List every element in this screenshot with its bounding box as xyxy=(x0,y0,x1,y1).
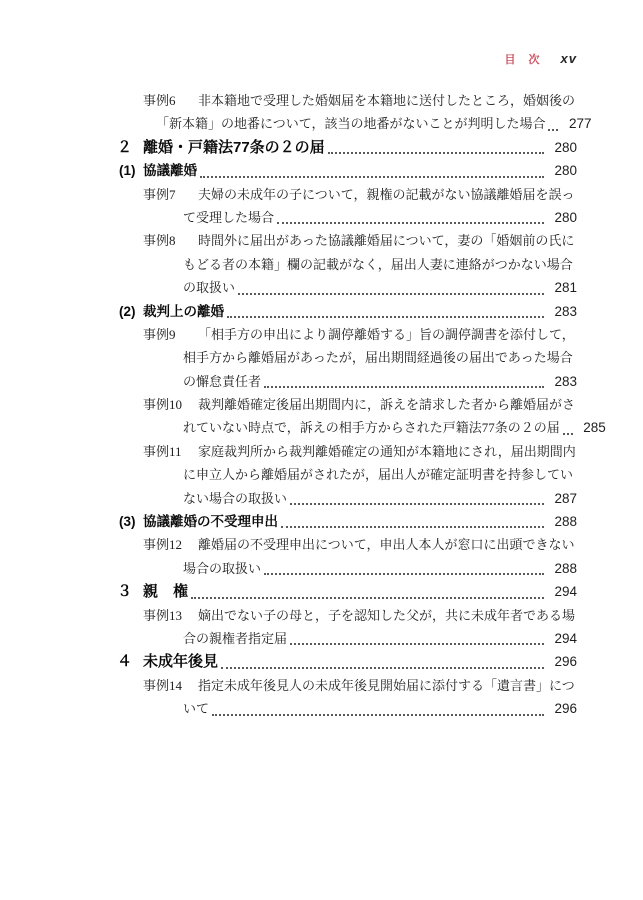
dot-leader xyxy=(200,176,544,178)
toc-continuation-line: れていない時点で，訴えの相手方からされた戸籍法77条の２の届 285 xyxy=(0,416,577,439)
entry-page-number: 294 xyxy=(547,580,577,603)
dot-leader xyxy=(227,316,544,318)
dot-leader xyxy=(328,152,544,154)
dot-leader xyxy=(264,386,544,388)
entry-label: (2) xyxy=(119,300,143,323)
entry-text: れていない時点で，訴えの相手方からされた戸籍法77条の２の届 xyxy=(183,416,560,439)
entry-text: 非本籍地で受理した婚姻届を本籍地に送付したところ，婚姻後の xyxy=(198,89,575,112)
toc-section-heading: ３ 親 権 294 xyxy=(0,580,577,603)
toc-continuation-line: て受理した場合 280 xyxy=(0,206,577,229)
toc-continuation-line: 合の親権者指定届 294 xyxy=(0,627,577,650)
entry-text: いて xyxy=(183,697,209,720)
toc-section-heading: ４ 未成年後見 296 xyxy=(0,650,577,673)
entry-text: もどる者の本籍」欄の記載がなく，届出人妻に連絡がつかない場合 xyxy=(183,253,573,276)
entry-label: 事例11 xyxy=(143,440,198,463)
toc-continuation-line: に申立人から離婚届がされたが，届出人が確定証明書を持参してい xyxy=(0,463,577,486)
toc-continuation-line: いて 296 xyxy=(0,697,577,720)
entry-text: 親 権 xyxy=(143,580,188,603)
entry-page-number: 280 xyxy=(547,136,577,159)
entry-page-number: 285 xyxy=(576,416,606,439)
entry-text: 時間外に届出があった協議離婚届について，妻の「婚姻前の氏に xyxy=(198,229,574,252)
entry-page-number: 280 xyxy=(547,159,577,182)
toc-case-line: 事例7 夫婦の未成年の子について，親権の記載がない協議離婚届を誤っ xyxy=(0,183,577,206)
toc-sub-heading: (2) 裁判上の離婚 283 xyxy=(0,300,577,323)
entry-text: 合の親権者指定届 xyxy=(183,627,287,650)
entry-text: に申立人から離婚届がされたが，届出人が確定証明書を持参してい xyxy=(183,463,573,486)
entry-label: ４ xyxy=(117,650,143,673)
entry-text: 離婚届の不受理申出について，申出人本人が窓口に出頭できない xyxy=(198,533,574,556)
toc-case-line: 事例8 時間外に届出があった協議離婚届について，妻の「婚姻前の氏に xyxy=(0,229,577,252)
entry-label: 事例14 xyxy=(143,674,198,697)
toc-sub-heading: (3) 協議離婚の不受理申出 288 xyxy=(0,510,577,533)
entry-label: ３ xyxy=(117,580,143,603)
toc-continuation-line: の懈怠責任者 283 xyxy=(0,370,577,393)
dot-leader xyxy=(290,643,544,645)
entry-page-number: 281 xyxy=(547,276,577,299)
entry-page-number: 294 xyxy=(547,627,577,650)
entry-label: (3) xyxy=(119,510,143,533)
entry-text: 未成年後見 xyxy=(143,650,218,673)
table-of-contents: 事例6 非本籍地で受理した婚姻届を本籍地に送付したところ，婚姻後の 「新本籍」の… xyxy=(0,89,577,721)
toc-section-heading: ２ 離婚・戸籍法77条の２の届 280 xyxy=(0,136,577,159)
dot-leader xyxy=(264,573,544,575)
entry-page-number: 283 xyxy=(547,300,577,323)
toc-continuation-line: 相手方から離婚届があったが，届出期間経過後の届出であった場合 xyxy=(0,346,577,369)
toc-case-line: 事例6 非本籍地で受理した婚姻届を本籍地に送付したところ，婚姻後の xyxy=(0,89,577,112)
toc-heading-label: 目 次 xyxy=(505,51,541,67)
entry-page-number: 287 xyxy=(547,487,577,510)
book-page: 目 次 xv 事例6 非本籍地で受理した婚姻届を本籍地に送付したところ，婚姻後の… xyxy=(0,0,643,900)
entry-page-number: 296 xyxy=(547,650,577,673)
toc-case-line: 事例11 家庭裁判所から裁判離婚確定の通知が本籍地にされ，届出期間内 xyxy=(0,440,577,463)
toc-sub-heading: (1) 協議離婚 280 xyxy=(0,159,577,182)
entry-page-number: 296 xyxy=(547,697,577,720)
entry-text: 夫婦の未成年の子について，親権の記載がない協議離婚届を誤っ xyxy=(198,183,574,206)
entry-label: 事例9 xyxy=(143,323,198,346)
dot-leader xyxy=(221,667,544,669)
entry-text: て受理した場合 xyxy=(183,206,274,229)
entry-text: 裁判上の離婚 xyxy=(143,300,224,323)
toc-case-line: 事例13 嫡出でない子の母と，子を認知した父が，共に未成年者である場 xyxy=(0,604,577,627)
entry-label: (1) xyxy=(119,159,143,182)
toc-continuation-line: もどる者の本籍」欄の記載がなく，届出人妻に連絡がつかない場合 xyxy=(0,253,577,276)
dot-leader xyxy=(212,714,544,716)
dot-leader xyxy=(277,222,544,224)
entry-text: 裁判離婚確定後届出期間内に，訴えを請求した者から離婚届がさ xyxy=(198,393,575,416)
toc-continuation-line: 「新本籍」の地番について，該当の地番がないことが判明した場合 277 xyxy=(0,112,577,135)
entry-label: 事例12 xyxy=(143,533,198,556)
entry-text: 「相手方の申出により調停離婚する」旨の調停調書を添付して， xyxy=(198,323,575,346)
running-head: 目 次 xv xyxy=(505,51,577,67)
entry-page-number: 288 xyxy=(547,510,577,533)
entry-text: 相手方から離婚届があったが，届出期間経過後の届出であった場合 xyxy=(183,346,573,369)
entry-text: 場合の取扱い xyxy=(183,557,261,580)
page-number-roman: xv xyxy=(561,51,577,66)
entry-text: 嫡出でない子の母と，子を認知した父が，共に未成年者である場 xyxy=(198,604,575,627)
entry-page-number: 277 xyxy=(561,112,591,135)
entry-label: 事例8 xyxy=(143,229,198,252)
toc-case-line: 事例9 「相手方の申出により調停離婚する」旨の調停調書を添付して， xyxy=(0,323,577,346)
entry-label: 事例10 xyxy=(143,393,198,416)
toc-case-line: 事例10 裁判離婚確定後届出期間内に，訴えを請求した者から離婚届がさ xyxy=(0,393,577,416)
entry-page-number: 283 xyxy=(547,370,577,393)
toc-continuation-line: 場合の取扱い 288 xyxy=(0,557,577,580)
dot-leader xyxy=(238,293,544,295)
entry-label: 事例7 xyxy=(143,183,198,206)
toc-case-line: 事例14 指定未成年後見人の未成年後見開始届に添付する「遺言書」につ xyxy=(0,674,577,697)
toc-continuation-line: ない場合の取扱い 287 xyxy=(0,487,577,510)
entry-page-number: 288 xyxy=(547,557,577,580)
entry-page-number: 280 xyxy=(547,206,577,229)
entry-text: 協議離婚 xyxy=(143,159,197,182)
dot-leader xyxy=(281,526,544,528)
entry-text: 離婚・戸籍法77条の２の届 xyxy=(143,136,325,159)
dot-leader xyxy=(563,433,573,435)
entry-text: の取扱い xyxy=(183,276,235,299)
dot-leader xyxy=(548,129,558,131)
dot-leader xyxy=(191,597,544,599)
entry-text: 指定未成年後見人の未成年後見開始届に添付する「遺言書」につ xyxy=(198,674,575,697)
entry-text: の懈怠責任者 xyxy=(183,370,261,393)
entry-text: 協議離婚の不受理申出 xyxy=(143,510,278,533)
entry-text: 「新本籍」の地番について，該当の地番がないことが判明した場合 xyxy=(156,112,545,135)
entry-label: ２ xyxy=(117,136,143,159)
dot-leader xyxy=(290,503,544,505)
entry-text: ない場合の取扱い xyxy=(183,487,287,510)
entry-label: 事例13 xyxy=(143,604,198,627)
toc-continuation-line: の取扱い 281 xyxy=(0,276,577,299)
toc-case-line: 事例12 離婚届の不受理申出について，申出人本人が窓口に出頭できない xyxy=(0,533,577,556)
entry-label: 事例6 xyxy=(143,89,198,112)
entry-text: 家庭裁判所から裁判離婚確定の通知が本籍地にされ，届出期間内 xyxy=(198,440,576,463)
